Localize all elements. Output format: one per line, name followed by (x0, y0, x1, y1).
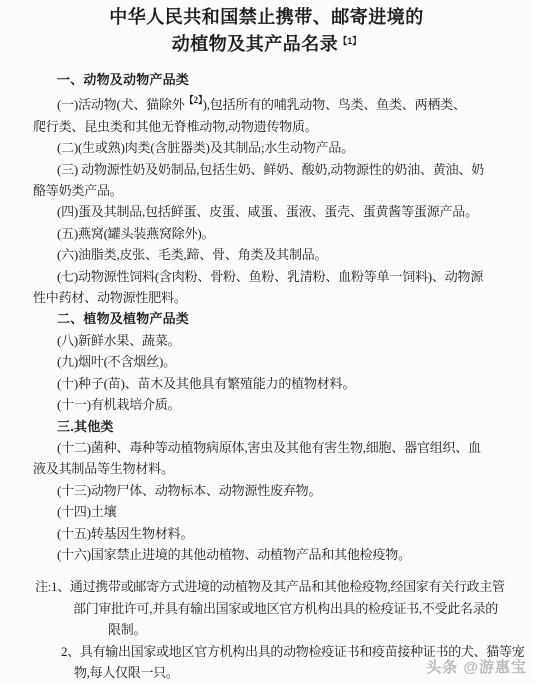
item-1-text-post: ),包括所有的哺乳动物、鸟类、鱼类、两栖类、 (203, 97, 466, 112)
doc-body: 一、动物及动物产品类 (一)活动物(犬、猫除外【2】),包括所有的哺乳动物、鸟类… (0, 69, 533, 565)
title-footnote-marker-1: 【1】 (338, 36, 361, 46)
doc-title: 中华人民共和国禁止携带、邮寄进境的 动植物及其产品名录【1】 (0, 0, 533, 56)
item-10: (十)种子(苗)、苗木及其他具有繁殖能力的植物材料。 (0, 373, 533, 394)
note-1-line3: 限制。 (0, 619, 533, 640)
item-11: (十一)有机栽培介质。 (0, 394, 533, 415)
item-1-text-pre: (一)活动物(犬、猫除外 (57, 97, 185, 112)
item-3-line2: 酪等奶类产品。 (0, 180, 533, 201)
item-2: (二)(生或熟)肉类(含脏器类)及其制品;水生动物产品。 (0, 137, 533, 158)
section-heading-others: 三.其他类 (0, 416, 533, 437)
section-heading-plant-products: 二、植物及植物产品类 (0, 308, 533, 329)
item-1-line1: (一)活动物(犬、猫除外【2】),包括所有的哺乳动物、鸟类、鱼类、两栖类、 (0, 90, 533, 115)
item-15: (十五)转基因生物材料。 (0, 523, 533, 544)
item-16: (十六)国家禁止进境的其他动植物、动植物产品和其他检疫物。 (0, 544, 533, 565)
item-9: (九)烟叶(不含烟丝)。 (0, 351, 533, 372)
doc-title-line1: 中华人民共和国禁止携带、邮寄进境的 (0, 5, 533, 29)
item-3-line1: (三) 动物源性奶及奶制品,包括生奶、鲜奶、酸奶,动物源性的奶油、黄油、奶 (0, 159, 533, 180)
note-1-line1: 注:1、通过携带或邮寄方式进境的动植物及其产品和其他检疫物,经国家有关行政主管 (0, 576, 533, 597)
item-14: (十四)土壤 (0, 501, 533, 522)
note-1-line2: 部门审批许可,并具有输出国家或地区官方机构出具的检疫证书,不受此名录的 (0, 598, 533, 619)
item-13: (十三)动物尸体、动物标本、动物源性废弃物。 (0, 480, 533, 501)
item-1-line2: 爬行类、昆虫类和其他无脊椎动物,动物遗传物质。 (0, 116, 533, 137)
item-12-line2: 液及其制品等生物材料。 (0, 458, 533, 479)
item-8: (八)新鲜水果、蔬菜。 (0, 330, 533, 351)
section-heading-animal-products: 一、动物及动物产品类 (0, 69, 533, 90)
watermark: 头条 @游惠宝 (426, 656, 527, 677)
item-5: (五)燕窝(罐头装燕窝除外)。 (0, 223, 533, 244)
item-4: (四)蛋及其制品,包括鲜蛋、皮蛋、咸蛋、蛋液、蛋壳、蛋黄酱等蛋源产品。 (0, 201, 533, 222)
item-6: (六)油脂类,皮张、毛类,蹄、骨、角类及其制品。 (0, 244, 533, 265)
doc-title-line2: 动植物及其产品名录【1】 (0, 29, 533, 56)
item-7-line2: 性中药材、动物源性肥料。 (0, 287, 533, 308)
footnote-marker-2: 【2】 (185, 95, 203, 105)
item-12-line1: (十二)菌种、毒种等动植物病原体,害虫及其他有害生物,细胞、器官组织、血 (0, 437, 533, 458)
document-page: 中华人民共和国禁止携带、邮寄进境的 动植物及其产品名录【1】 一、动物及动物产品… (0, 0, 533, 684)
doc-title-line2-text: 动植物及其产品名录 (172, 34, 339, 54)
item-7-line1: (七)动物源性饲料(含肉粉、骨粉、鱼粉、乳清粉、血粉等单一饲料)、动物源 (0, 266, 533, 287)
